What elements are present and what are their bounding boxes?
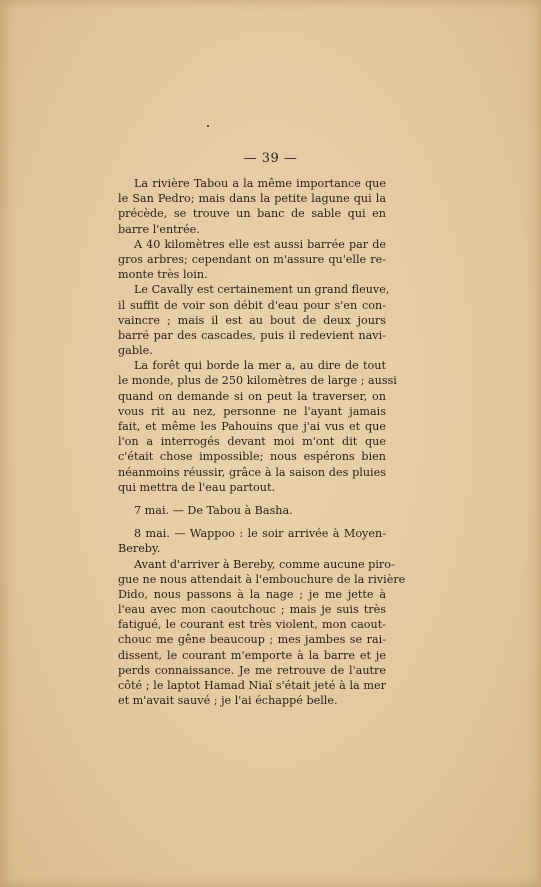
text-line: barre l'entrée. — [118, 222, 386, 237]
text-line: dissent, le courant m'emporte à la barre… — [118, 648, 386, 663]
text-line: et m'avait sauvé ; je l'ai échappé belle… — [118, 693, 386, 708]
text-line: chouc me gêne beaucoup ; mes jambes se r… — [118, 632, 386, 647]
text-line: qui mettra de l'eau partout. — [118, 480, 386, 495]
ink-speck — [207, 125, 209, 127]
page-number: — 39 — — [0, 151, 541, 166]
text-line: 8 mai. — Wappoo : le soir arrivée à Moye… — [118, 526, 386, 541]
paragraph-gap — [118, 495, 386, 503]
text-line: l'eau avec mon caoutchouc ; mais je suis… — [118, 602, 386, 617]
book-page: — 39 — La rivière Tabou a la même import… — [0, 0, 541, 887]
text-line: le San Pedro; mais dans la petite lagune… — [118, 191, 386, 206]
text-line: gue ne nous attendait à l'embouchure de … — [118, 572, 386, 587]
text-line: vous rit au nez, personne ne l'ayant jam… — [118, 404, 386, 419]
text-line: il suffit de voir son débit d'eau pour s… — [118, 298, 386, 313]
text-line: fait, et même les Pahouins que j'ai vus … — [118, 419, 386, 434]
text-line: néanmoins réussir, grâce à la saison des… — [118, 465, 386, 480]
body-text: La rivière Tabou a la même importance qu… — [118, 176, 386, 708]
text-line: vaincre ; mais il est au bout de deux jo… — [118, 313, 386, 328]
text-line: gable. — [118, 343, 386, 358]
text-line: perds connaissance. Je me retrouve de l'… — [118, 663, 386, 678]
text-line: La forêt qui borde la mer a, au dire de … — [118, 358, 386, 373]
text-line: 7 mai. — De Tabou à Basha. — [118, 503, 386, 518]
text-line: monte très loin. — [118, 267, 386, 282]
text-line: gros arbres; cependant on m'assure qu'el… — [118, 252, 386, 267]
paragraph-foret: La forêt qui borde la mer a, au dire de … — [118, 358, 386, 495]
text-line: l'on a interrogés devant moi m'ont dit q… — [118, 434, 386, 449]
text-line: Le Cavally est certainement un grand fle… — [118, 282, 386, 297]
text-line: côté ; le laptot Hamad Niaï s'était jeté… — [118, 678, 386, 693]
text-line: barré par des cascades, puis il redevien… — [118, 328, 386, 343]
paragraph-cavally: Le Cavally est certainement un grand fle… — [118, 282, 386, 358]
paragraph-bereby: Avant d'arriver à Bereby, comme aucune p… — [118, 557, 386, 709]
text-line: c'était chose impossible; nous espérons … — [118, 449, 386, 464]
paragraph-8-mai: 8 mai. — Wappoo : le soir arrivée à Moye… — [118, 526, 386, 556]
paragraph-40-km: A 40 kilomètres elle est aussi barrée pa… — [118, 237, 386, 283]
text-line: le monde, plus de 250 kilomètres de larg… — [118, 373, 386, 388]
text-line: A 40 kilomètres elle est aussi barrée pa… — [118, 237, 386, 252]
paragraph-gap — [118, 518, 386, 526]
text-line: Dido, nous passons à la nage ; je me jet… — [118, 587, 386, 602]
text-line: Bereby. — [118, 541, 386, 556]
text-line: fatigué, le courant est très violent, mo… — [118, 617, 386, 632]
text-line: Avant d'arriver à Bereby, comme aucune p… — [118, 557, 386, 572]
text-line: quand on demande si on peut la traverser… — [118, 389, 386, 404]
text-line: précède, se trouve un banc de sable qui … — [118, 206, 386, 221]
paragraph-tabou: La rivière Tabou a la même importance qu… — [118, 176, 386, 237]
paragraph-7-mai: 7 mai. — De Tabou à Basha. — [118, 503, 386, 518]
text-line: La rivière Tabou a la même importance qu… — [118, 176, 386, 191]
